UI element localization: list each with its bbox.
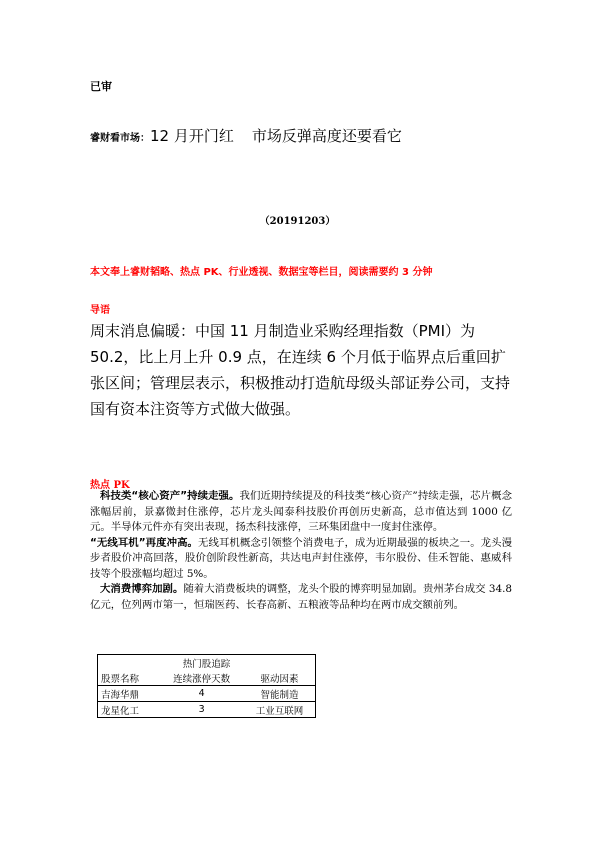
cell-driver: 智能制造 xyxy=(244,686,315,702)
hot-pk-paragraph: “无线耳机”再度冲高。无线耳机概念引领整个消费电子，成为近期最强的板块之一。龙头… xyxy=(90,536,512,583)
cell-driver: 工业互联网 xyxy=(244,702,315,718)
paragraph-lead: “无线耳机”再度冲高。 xyxy=(90,537,198,549)
review-status: 已审 xyxy=(90,78,112,94)
hot-pk-section: 科技类“核心资产”持续走强。我们近期持续提及的科技类“核心资产”持续走强，芯片概… xyxy=(90,489,512,613)
header-limit-up-days: 连续涨停天数 xyxy=(159,670,244,686)
header-driver: 驱动因素 xyxy=(244,670,315,686)
cell-stock-name: 龙星化工 xyxy=(98,702,160,718)
cell-limit-up-days: 4 xyxy=(159,686,244,702)
intro-heading: 导语 xyxy=(90,301,110,316)
table-header-row: 股票名称 连续涨停天数 驱动因素 xyxy=(98,670,316,686)
hot-stocks-table: 热门股追踪 股票名称 连续涨停天数 驱动因素 吉海华鼎 4 智能制造 龙星化工 … xyxy=(97,654,316,718)
table-title: 热门股追踪 xyxy=(98,655,316,671)
article-title: 睿财看市场：12 月开门红市场反弹高度还要看它 xyxy=(90,125,402,146)
title-part-1: 12 月开门红 xyxy=(150,127,234,145)
paragraph-lead: 大消费博弈加剧。 xyxy=(100,583,183,595)
cell-limit-up-days: 3 xyxy=(159,702,244,718)
hot-pk-paragraph: 大消费博弈加剧。随着大消费板块的调整，龙头个股的博弈明显加剧。贵州茅台成交 34… xyxy=(90,582,512,613)
header-stock-name: 股票名称 xyxy=(98,670,160,686)
reading-notice: 本文奉上睿财韬略、热点 PK、行业透视、数据宝等栏目，阅读需要约 3 分钟 xyxy=(90,263,432,278)
title-part-2: 市场反弹高度还要看它 xyxy=(252,127,402,145)
table-row: 吉海华鼎 4 智能制造 xyxy=(98,686,316,702)
cell-stock-name: 吉海华鼎 xyxy=(98,686,160,702)
column-label: 睿财看市场： xyxy=(90,133,150,144)
hot-pk-paragraph: 科技类“核心资产”持续走强。我们近期持续提及的科技类“核心资产”持续走强，芯片概… xyxy=(90,489,512,536)
publish-date: （20191203） xyxy=(0,212,595,227)
table-row: 龙星化工 3 工业互联网 xyxy=(98,702,316,718)
table-title-row: 热门股追踪 xyxy=(98,655,316,671)
intro-text: 周末消息偏暖：中国 11 月制造业采购经理指数（PMI）为 50.2，比上月上升… xyxy=(90,318,510,422)
paragraph-lead: 科技类“核心资产”持续走强。 xyxy=(100,490,239,502)
